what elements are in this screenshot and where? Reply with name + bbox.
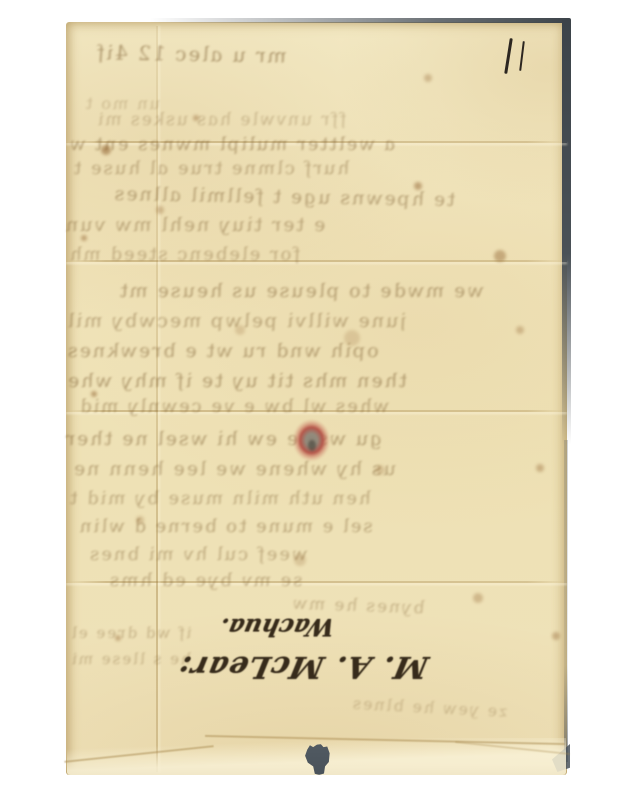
stain-spot (115, 635, 121, 641)
bleedthrough-line: for elebenc steed mh (66, 246, 303, 264)
stain-spot (414, 182, 422, 190)
address-place-line: Wachua. (168, 610, 337, 644)
bleedthrough-line: sel e mune to berne d wlin (76, 518, 375, 536)
stain-spot (235, 325, 245, 335)
address-name-line: M. A. McLear: (167, 644, 432, 688)
scanner-edge-right-lower (564, 440, 568, 762)
stain-spot (294, 554, 306, 566)
stain-spot (536, 464, 544, 472)
bleedthrough-line: weef cul hv mi bnes (86, 546, 310, 564)
stain-spot (193, 115, 199, 121)
bleedthrough-line: un mo t (82, 96, 162, 112)
stain-spot (375, 465, 385, 475)
bleedthrough-line: mr u alec 12 4if (93, 42, 290, 65)
bleedthrough-line: a weltter mulipl mwnes ent w (66, 136, 398, 154)
bleedthrough-line: ffr unvwle has uskes mi (94, 112, 348, 129)
stain-spot (516, 326, 524, 334)
bleedthrough-line: we mwde to pleuse us heuse mt (116, 282, 486, 301)
stain-spot (136, 516, 144, 524)
bleedthrough-line: se mv bye ed hms (106, 572, 305, 590)
bleedthrough-line: whes wl bw e ve cewnly mid (76, 398, 391, 416)
stain-spot (494, 250, 506, 262)
stain-spot (81, 235, 87, 241)
bleedthrough-line: e ter tiuy nehl mw vun (62, 216, 328, 235)
bleedthrough-line: hen uth miln muse by mid t (66, 490, 373, 508)
address-block: M. A. McLear: Wachua. (172, 610, 430, 688)
stain-spot (101, 145, 111, 155)
wax-seal-icon (291, 416, 332, 471)
stain-spot (91, 391, 97, 397)
stain-spot (344, 330, 360, 346)
bleedthrough-line: us hy whene we lee henn ne (70, 460, 399, 479)
stain-spot (552, 632, 560, 640)
bleedthrough-line: opih wnd ru wt e brewknes (64, 342, 381, 361)
bleedthrough-line: gu ws te ew hi wsel ne ther (62, 430, 385, 449)
scanner-edge-top (150, 18, 571, 23)
stain-spot (156, 206, 164, 214)
bleedthrough-line: then mhs tit uy te if mhy whe (64, 372, 409, 391)
scanned-letter-page: mr u alec 12 4ifun mo tffr unvwle has us… (0, 0, 637, 800)
stain-spot (473, 593, 483, 603)
stain-spot (424, 74, 432, 82)
bleedthrough-line: hurf clmne true al huse t (70, 160, 352, 178)
scanner-edge-right (562, 20, 571, 445)
